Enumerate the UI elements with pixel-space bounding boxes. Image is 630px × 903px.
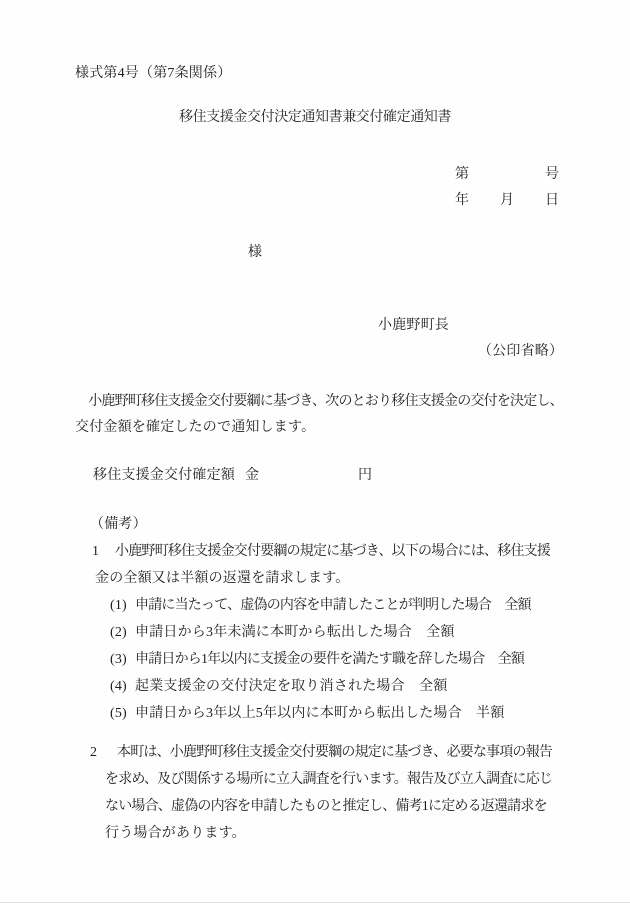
- remarks-subitem-4-number: (4): [110, 679, 127, 695]
- form-number: 様式第4号（第7条関係）: [75, 66, 231, 82]
- remarks-item1-number: 1: [92, 544, 99, 560]
- date-day-label: 日: [545, 193, 559, 209]
- doc-number-prefix: 第: [455, 167, 469, 183]
- remarks-subitem-3-number: (3): [110, 652, 127, 668]
- amount-currency-prefix: 金: [245, 468, 259, 484]
- remarks-subitem-1-text: 申請に当たって、虚偽の内容を申請したことが判明した場合 全額: [135, 598, 531, 614]
- document-page: 様式第4号（第7条関係） 移住支援金交付決定通知書兼交付確定通知書 第 号 年 …: [0, 0, 630, 903]
- remarks-subitem-2-text: 申請日から3年未満に本町から転出した場合 全額: [135, 625, 455, 641]
- remarks-subitem-5-number: (5): [110, 706, 127, 722]
- remarks-item2-line-3: ない場合、虚偽の内容を申請したものと推定し、備考1に定める返還請求を: [105, 799, 547, 815]
- date-month-label: 月: [500, 193, 514, 209]
- remarks-subitem-3-text: 申請日から1年以内に支援金の要件を満たす職を辞した場合 全額: [135, 652, 524, 668]
- seal-omitted-note: （公印省略）: [478, 344, 563, 360]
- date-year-label: 年: [455, 193, 469, 209]
- remarks-item2-number: 2: [90, 745, 97, 761]
- remarks-subitem-2-number: (2): [110, 625, 127, 641]
- remarks-item1-line-1: 小鹿野町移住支援金交付要綱の規定に基づき、以下の場合には、移住支援: [115, 544, 550, 560]
- remarks-subitem-1-number: (1): [110, 598, 127, 614]
- remarks-item1-line-2: 金の全額又は半額の返還を請求します。: [95, 571, 349, 587]
- doc-number-suffix: 号: [545, 167, 559, 183]
- document-title: 移住支援金交付決定通知書兼交付確定通知書: [0, 110, 630, 126]
- body-paragraph-line-2: 交付金額を確定したので通知します。: [75, 420, 315, 436]
- amount-currency-suffix: 円: [358, 468, 372, 484]
- remarks-heading: （備考）: [90, 517, 147, 533]
- remarks-subitem-4-text: 起業支援金の交付決定を取り消された場合 全額: [135, 679, 447, 695]
- remarks-subitem-5-text: 申請日から3年以上5年以内に本町から転出した場合 半額: [135, 706, 504, 722]
- amount-label: 移住支援金交付確定額: [93, 468, 235, 484]
- remarks-item2-line-1: 本町は、小鹿野町移住支援金交付要綱の規定に基づき、必要な事項の報告: [117, 745, 552, 761]
- remarks-item2-line-4: 行う場合があります。: [105, 826, 246, 842]
- remarks-item2-line-2: を求め、及び関係する場所に立入調査を行います。報告及び立入調査に応じ: [105, 772, 552, 788]
- addressee-honorific: 様: [248, 245, 262, 261]
- body-paragraph-line-1: 小鹿野町移住支援金交付要綱に基づき、次のとおり移住支援金の交付を決定し、: [75, 394, 563, 410]
- sender-name: 小鹿野町長: [378, 318, 449, 334]
